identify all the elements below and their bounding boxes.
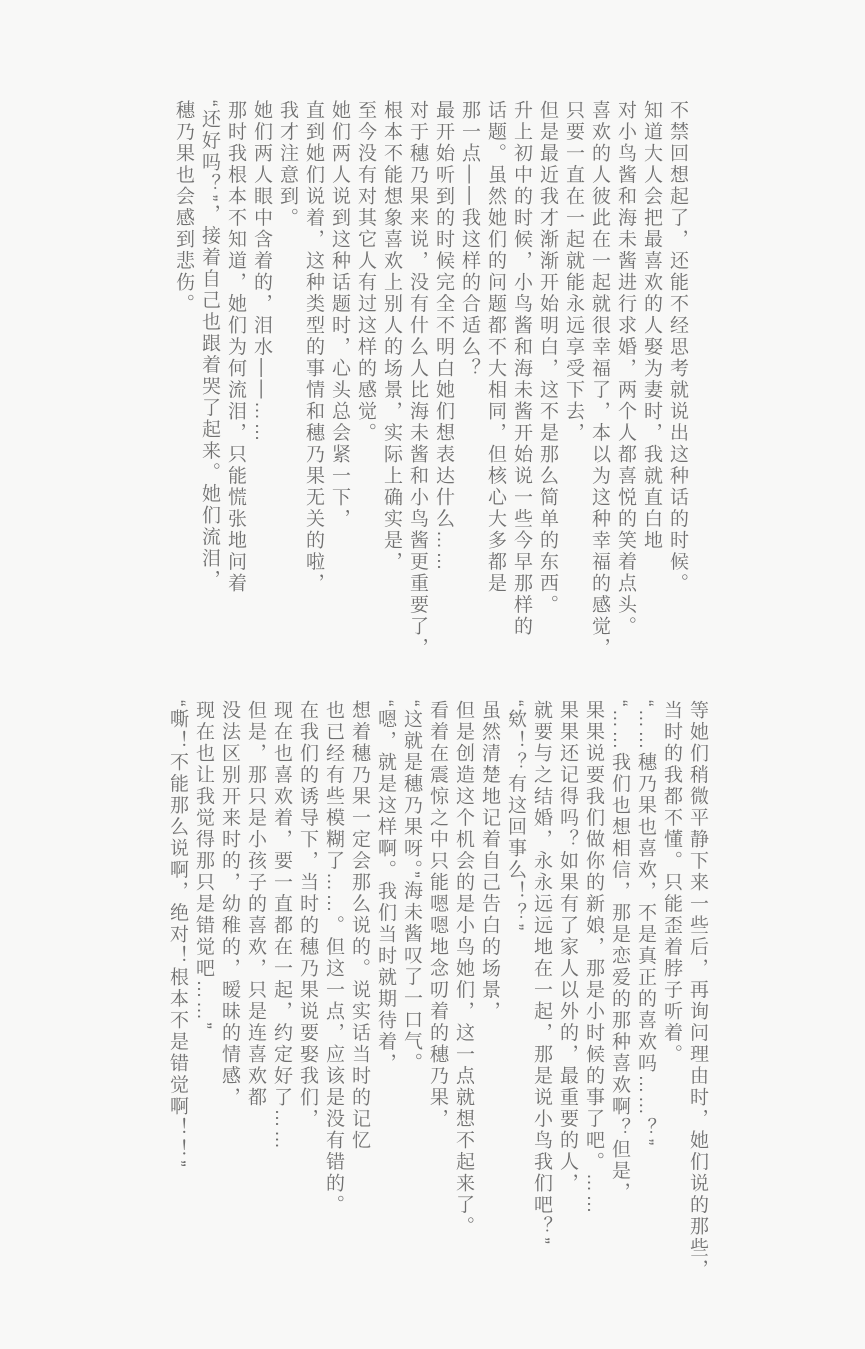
text-line: “还好吗？”，接着自己也跟着哭了起来。她们流泪， xyxy=(196,100,222,645)
text-line: 果果还记得吗？如果有了家人以外的，最重要的人， xyxy=(554,700,580,1280)
text-line: 最开始听到的时候完全不明白她们想表达什么…… xyxy=(430,100,456,645)
text-line: 我才注意到。 xyxy=(274,100,300,645)
text-line: 那一点——我这样的合适么？ xyxy=(456,100,482,645)
text-line: 不禁回想起了，还能不经思考就说出这种话的时候。 xyxy=(664,100,690,645)
novel-page: 不禁回想起了，还能不经思考就说出这种话的时候。知道大人会把最喜欢的人娶为妻时，我… xyxy=(0,0,865,1349)
text-line: “嗯，就是这样啊。我们当时就期待着， xyxy=(372,700,398,1280)
text-line: 对于穗乃果来说，没有什么人比海未酱和小鸟酱更重要了， xyxy=(404,100,430,645)
text-line: 等她们稍微平静下来一些后，再询问理由时，她们说的那些， xyxy=(684,700,710,1280)
text-line: 虽然清楚地记着自己告白的场景， xyxy=(476,700,502,1280)
text-line: 升上初中的时候，小鸟酱和海未酱开始说一些今早那样的 xyxy=(508,100,534,645)
text-line: “嘶！不能那么说啊，绝对！根本不是错觉啊！！” xyxy=(164,700,190,1280)
text-line: 但是创造这个机会的是小鸟她们，这一点就想不起来了。 xyxy=(450,700,476,1280)
text-line: 她们两人眼中含着的，泪水——…… xyxy=(248,100,274,645)
text-line: 那时我根本不知道，她们为何流泪，只能慌张地问着 xyxy=(222,100,248,645)
text-line: 对小鸟酱和海未酱进行求婚，两个人都喜悦的笑着点头。 xyxy=(612,100,638,645)
text-line: 现在也让我觉得那只是错觉吧……” xyxy=(190,700,216,1280)
text-line: 根本不能想象喜欢上别人的场景，实际上确实是， xyxy=(378,100,404,645)
text-line: “……穗乃果也喜欢，不是真正的喜欢吗……？” xyxy=(632,700,658,1280)
text-line: 看着在震惊之中只能嗯嗯地念叨着的穗乃果， xyxy=(424,700,450,1280)
text-line: “这就是穗乃果呀。”海未酱叹了一口气。 xyxy=(398,700,424,1280)
text-line: 想着穗乃果一定会那么说的。说实话当时的记忆 xyxy=(346,700,372,1280)
text-line: 穗乃果也会感到悲伤。 xyxy=(170,100,196,645)
text-line: 喜欢的人彼此在一起就很幸福了，本以为这种幸福的感觉， xyxy=(586,100,612,645)
text-line: 直到她们说着，这种类型的事情和穗乃果无关的啦， xyxy=(300,100,326,645)
lower-text-block: 等她们稍微平静下来一些后，再询问理由时，她们说的那些，当时的我都不懂。只能歪着脖… xyxy=(164,700,710,1280)
text-line: 当时的我都不懂。只能歪着脖子听着。 xyxy=(658,700,684,1280)
text-line: 至今没有对其它人有过这样的感觉。 xyxy=(352,100,378,645)
text-line: 现在也喜欢着，要一直都在一起，约定好了…… xyxy=(268,700,294,1280)
text-line: 也已经有些模糊了……。但这一点，应该是没有错的。 xyxy=(320,700,346,1280)
text-line: 她们两人说到这种话题时，心头总会紧一下， xyxy=(326,100,352,645)
text-line: 知道大人会把最喜欢的人娶为妻时，我就直白地 xyxy=(638,100,664,645)
text-line: 话题。虽然她们的问题都不大相同，但核心大多都是 xyxy=(482,100,508,645)
text-line: 没法区别开来时的，幼稚的，暧昧的情感， xyxy=(216,700,242,1280)
text-line: “……我们也想相信，那是恋爱的那种喜欢啊？但是， xyxy=(606,700,632,1280)
text-line: 只要一直在一起就能永远享受下去， xyxy=(560,100,586,645)
text-line: 就要与之结婚，永永远远地在一起，那是说小鸟我们吧？” xyxy=(528,700,554,1280)
upper-text-block: 不禁回想起了，还能不经思考就说出这种话的时候。知道大人会把最喜欢的人娶为妻时，我… xyxy=(170,100,690,645)
text-line: 果果说要我们做你的新娘，那是小时候的事了吧。…… xyxy=(580,700,606,1280)
text-line: 但是最近我才渐渐开始明白，这不是那么简单的东西。 xyxy=(534,100,560,645)
text-line: 但是，那只是小孩子的喜欢，只是连喜欢都 xyxy=(242,700,268,1280)
text-line: “欸！？有这回事么！？” xyxy=(502,700,528,1280)
text-line: 在我们的诱导下，当时的穗乃果说要娶我们， xyxy=(294,700,320,1280)
